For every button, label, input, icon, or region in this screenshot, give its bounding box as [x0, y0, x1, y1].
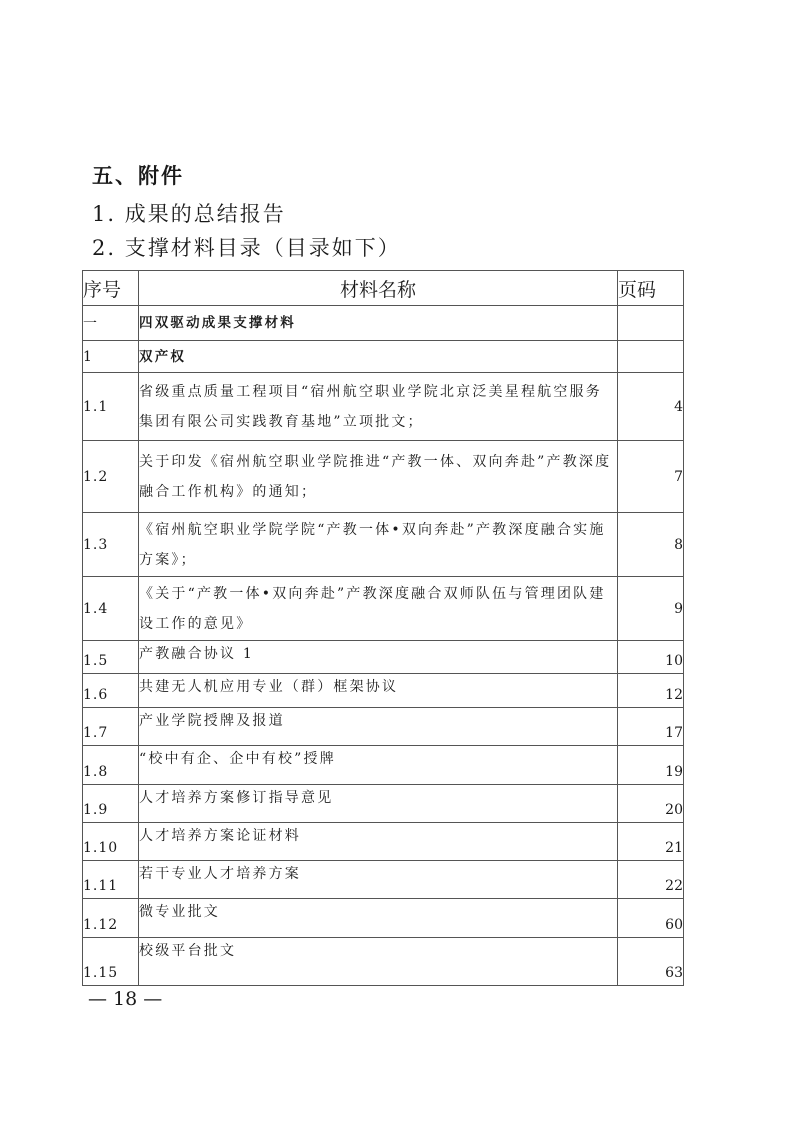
table-row: 1.1省级重点质量工程项目“宿州航空职业学院北京泛美星程航空服务集团有限公司实践…	[83, 373, 684, 441]
row-number: 1.1	[83, 373, 139, 441]
row-material-name: 若干专业人才培养方案	[139, 861, 618, 899]
row-material-name: 校级平台批文	[139, 938, 618, 986]
row-material-name: 《宿州航空职业学院学院“产教一体•双向奔赴”产教深度融合实施方案》；	[139, 513, 618, 577]
row-number: 1.7	[83, 708, 139, 746]
header-number: 序号	[83, 271, 139, 306]
table-row: 1.4《关于“产教一体•双向奔赴”产教深度融合双师队伍与管理团队建设工作的意见》…	[83, 577, 684, 641]
table-row: 1.11若干专业人才培养方案22	[83, 861, 684, 899]
table-row: 1.2关于印发《宿州航空职业学院推进“产教一体、双向奔赴”产教深度融合工作机构》…	[83, 441, 684, 513]
table-row: 1.5产教融合协议 110	[83, 641, 684, 674]
row-page: 17	[618, 708, 684, 746]
row-number: 1.12	[83, 899, 139, 938]
row-page: 21	[618, 823, 684, 861]
row-material-name: 《关于“产教一体•双向奔赴”产教深度融合双师队伍与管理团队建设工作的意见》	[139, 577, 618, 641]
row-page: 63	[618, 938, 684, 986]
row-page: 60	[618, 899, 684, 938]
row-page	[618, 306, 684, 341]
row-number: 1.15	[83, 938, 139, 986]
header-name: 材料名称	[139, 271, 618, 306]
row-material-name: 人才培养方案论证材料	[139, 823, 618, 861]
table-row: 1.12微专业批文60	[83, 899, 684, 938]
attachment-item-1: 1. 成果的总结报告	[92, 198, 286, 228]
row-material-name: 产教融合协议 1	[139, 641, 618, 674]
row-page: 8	[618, 513, 684, 577]
row-material-name: 微专业批文	[139, 899, 618, 938]
row-page: 22	[618, 861, 684, 899]
row-page: 20	[618, 785, 684, 823]
row-material-name: 双产权	[139, 341, 618, 373]
table-row: 1.10人才培养方案论证材料21	[83, 823, 684, 861]
row-page: 12	[618, 674, 684, 708]
row-number: 1	[83, 341, 139, 373]
table-row: 1.8“校中有企、企中有校”授牌19	[83, 746, 684, 785]
row-page: 9	[618, 577, 684, 641]
row-page	[618, 341, 684, 373]
row-page: 4	[618, 373, 684, 441]
row-number: 1.5	[83, 641, 139, 674]
attachment-item-2: 2. 支撑材料目录（目录如下）	[92, 232, 401, 262]
row-page: 7	[618, 441, 684, 513]
table-row: 1.7产业学院授牌及报道17	[83, 708, 684, 746]
row-number: 1.8	[83, 746, 139, 785]
row-number: 1.11	[83, 861, 139, 899]
table-row: 1.15校级平台批文63	[83, 938, 684, 986]
row-number: 1.9	[83, 785, 139, 823]
row-material-name: “校中有企、企中有校”授牌	[139, 746, 618, 785]
row-material-name: 人才培养方案修订指导意见	[139, 785, 618, 823]
header-page: 页码	[618, 271, 684, 306]
section-heading: 五、附件	[92, 160, 184, 190]
table-row: 1双产权	[83, 341, 684, 373]
row-material-name: 共建无人机应用专业（群）框架协议	[139, 674, 618, 708]
materials-table: 序号 材料名称 页码 一四双驱动成果支撑材料1双产权1.1省级重点质量工程项目“…	[82, 270, 684, 986]
row-number: 一	[83, 306, 139, 341]
table-row: 1.3《宿州航空职业学院学院“产教一体•双向奔赴”产教深度融合实施方案》；8	[83, 513, 684, 577]
row-number: 1.4	[83, 577, 139, 641]
row-page: 19	[618, 746, 684, 785]
row-number: 1.10	[83, 823, 139, 861]
row-material-name: 省级重点质量工程项目“宿州航空职业学院北京泛美星程航空服务集团有限公司实践教育基…	[139, 373, 618, 441]
row-material-name: 产业学院授牌及报道	[139, 708, 618, 746]
table-row: 一四双驱动成果支撑材料	[83, 306, 684, 341]
row-number: 1.3	[83, 513, 139, 577]
row-material-name: 四双驱动成果支撑材料	[139, 306, 618, 341]
table-body: 一四双驱动成果支撑材料1双产权1.1省级重点质量工程项目“宿州航空职业学院北京泛…	[83, 306, 684, 986]
row-number: 1.2	[83, 441, 139, 513]
table-header-row: 序号 材料名称 页码	[83, 271, 684, 306]
table-row: 1.6共建无人机应用专业（群）框架协议12	[83, 674, 684, 708]
page-number: — 18 —	[88, 988, 162, 1010]
row-page: 10	[618, 641, 684, 674]
table-row: 1.9人才培养方案修订指导意见20	[83, 785, 684, 823]
row-number: 1.6	[83, 674, 139, 708]
row-material-name: 关于印发《宿州航空职业学院推进“产教一体、双向奔赴”产教深度融合工作机构》的通知…	[139, 441, 618, 513]
